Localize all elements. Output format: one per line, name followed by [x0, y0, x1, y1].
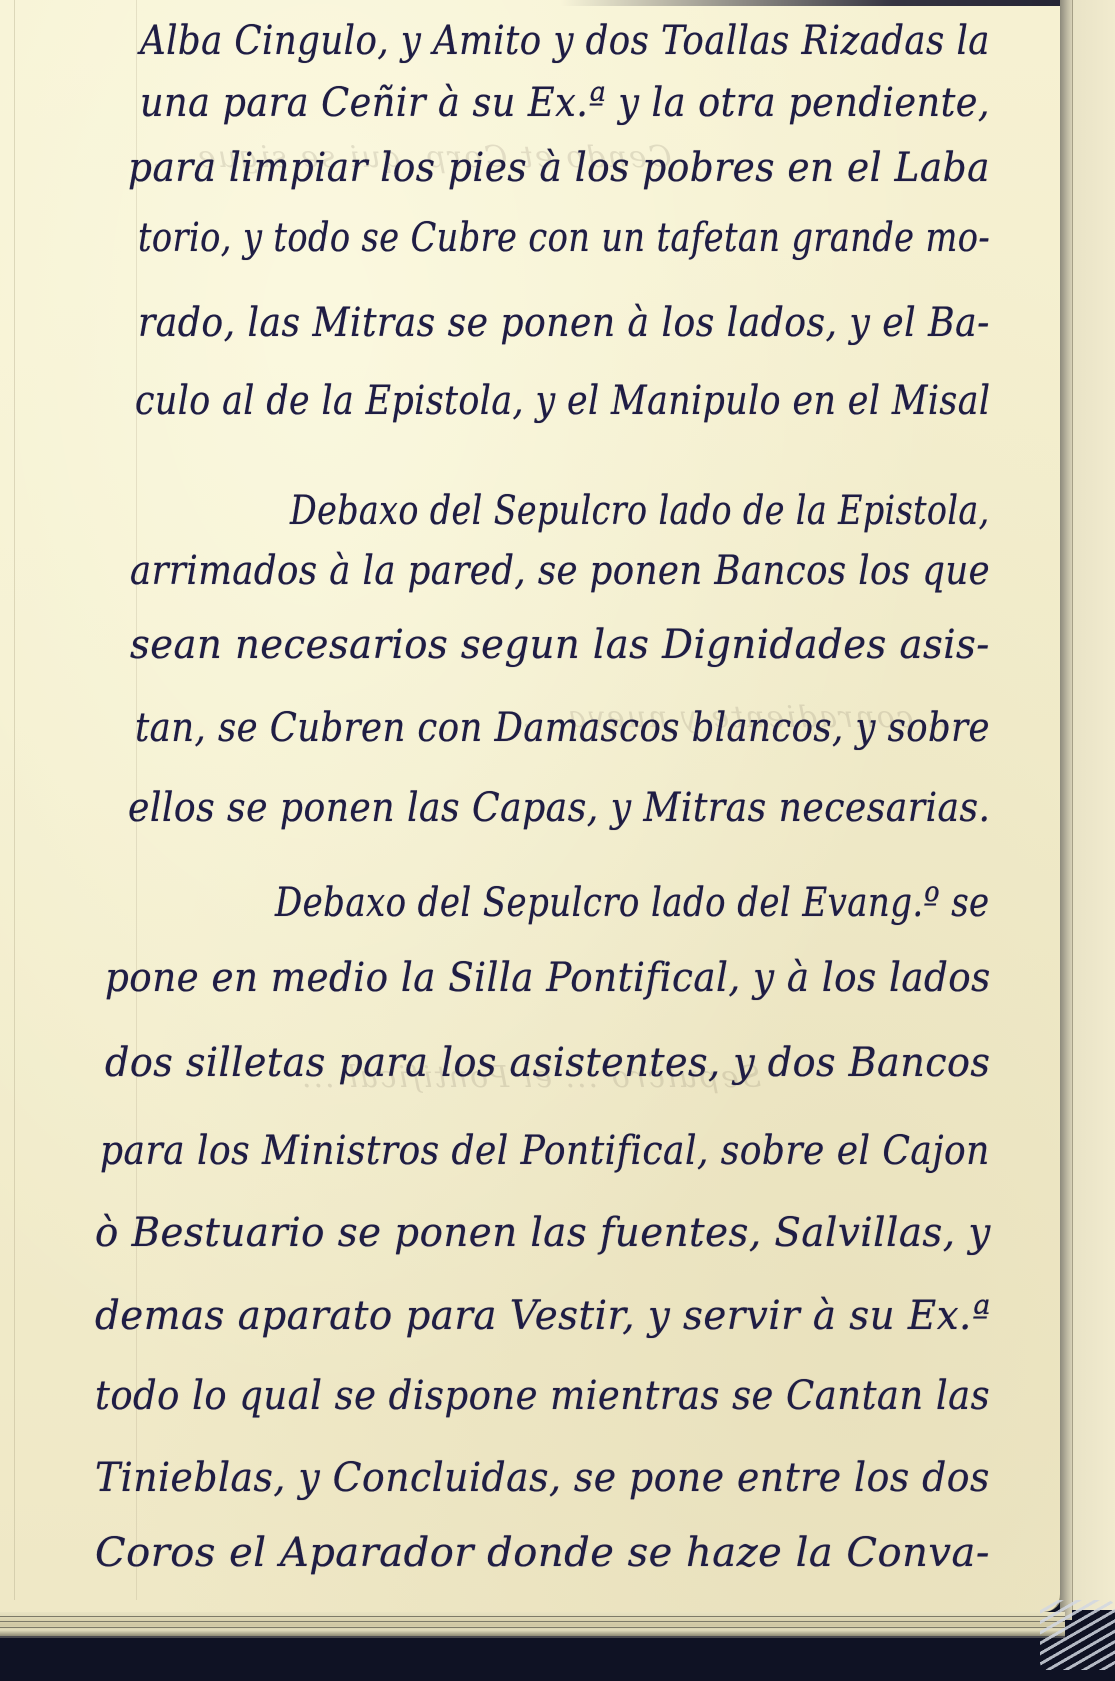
text-line: ellos se ponen las Capas, y Mitras neces…: [128, 785, 990, 831]
text-line: pone en medio la Silla Pontifical, y à l…: [105, 955, 991, 1001]
text-line: rado, las Mitras se ponen à los lados, y…: [138, 300, 990, 346]
text-line: una para Ceñir à su Ex.ª y la otra pendi…: [140, 80, 990, 126]
text-line: Coros el Aparador donde se haze la Conva…: [95, 1530, 990, 1576]
text-line: sean necesarios segun las Dignidades asi…: [130, 622, 990, 668]
text-line: dos silletas para los asistentes, y dos …: [105, 1040, 990, 1086]
text-line: torio, y todo se Cubre con un tafetan gr…: [138, 215, 990, 261]
text-line: Debaxo del Sepulcro lado del Evang.º se: [275, 880, 990, 926]
binding-thread: [1040, 1600, 1115, 1670]
top-edge-shadow: [560, 0, 1115, 6]
text-line: culo al de la Epistola, y el Manipulo en…: [135, 378, 990, 424]
text-line: para los Ministros del Pontifical, sobre…: [100, 1128, 990, 1174]
text-line: Debaxo del Sepulcro lado de la Epistola,: [290, 488, 990, 534]
adjacent-page-edge: [1072, 0, 1115, 1610]
text-line: todo lo qual se dispone mientras se Cant…: [95, 1373, 990, 1419]
text-line: Alba Cingulo, y Amito y dos Toallas Riza…: [140, 18, 990, 64]
text-line: tan, se Cubren con Damascos blancos, y s…: [135, 705, 990, 751]
text-line: para limpiar los pies à los pobres en el…: [128, 145, 990, 191]
text-line: Tinieblas, y Concluidas, se pone entre l…: [95, 1455, 990, 1501]
page-edge-line: [0, 1621, 1065, 1622]
page-edge-line: [0, 1627, 1065, 1628]
page-edge-line: [0, 1616, 1065, 1617]
text-line: arrimados à la pared, se ponen Bancos lo…: [130, 548, 990, 594]
stacked-page-edges: [0, 1612, 1065, 1638]
fold-line: [14, 0, 15, 1600]
manuscript-page: Cendo et Corp. qui se sigue ... ... conr…: [0, 0, 1062, 1612]
text-line: ò Bestuario se ponen las fuentes, Salvil…: [95, 1210, 991, 1256]
text-line: demas aparato para Vestir, y servir à su…: [95, 1293, 991, 1339]
binding-gutter: [1060, 0, 1072, 1620]
